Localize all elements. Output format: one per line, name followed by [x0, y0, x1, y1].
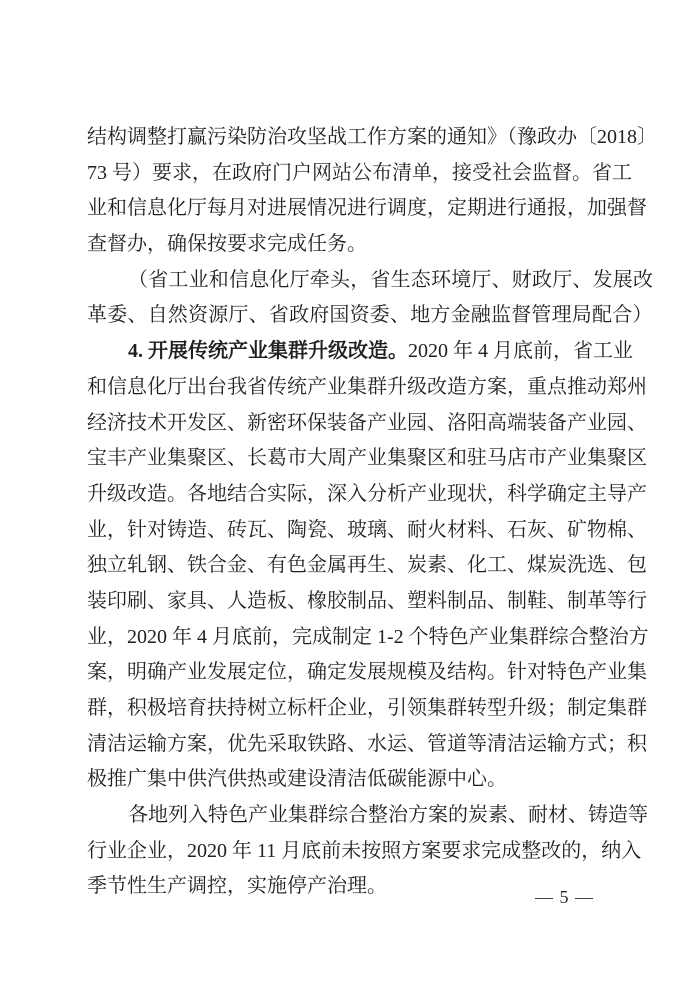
page-number: — 5 — [535, 886, 594, 908]
text-line: 群，积极培育扶持树立标杆企业，引领集群转型升级；制定集群 [87, 691, 618, 727]
text-run: 2020 年 4 月底前，省工业 [408, 340, 633, 362]
document-page: 结构调整打赢污染防治攻坚战工作方案的通知》（豫政办〔2018〕 73 号）要求，… [0, 0, 700, 989]
text-line: 结构调整打赢污染防治攻坚战工作方案的通知》（豫政办〔2018〕 [87, 120, 618, 156]
text-line: 73 号）要求，在政府门户网站公布清单，接受社会监督。省工 [87, 156, 618, 192]
text-line: 案，明确产业发展定位，确定发展规模及结构。针对特色产业集 [87, 655, 618, 691]
text-line: 行业企业，2020 年 11 月底前未按照方案要求完成整改的，纳入 [87, 834, 618, 870]
body-text: 结构调整打赢污染防治攻坚战工作方案的通知》（豫政办〔2018〕 73 号）要求，… [87, 120, 618, 905]
text-line: 经济技术开发区、新密环保装备产业园、洛阳高端装备产业园、 [87, 406, 618, 442]
text-line: 革委、自然资源厅、省政府国资委、地方金融监督管理局配合） [87, 298, 618, 334]
text-line: 宝丰产业集聚区、长葛市大周产业集聚区和驻马店市产业集聚区 [87, 441, 618, 477]
text-line: 查督办，确保按要求完成任务。 [87, 227, 618, 263]
text-line: 装印刷、家具、人造板、橡胶制品、塑料制品、制鞋、制革等行 [87, 584, 618, 620]
text-line: 业，2020 年 4 月底前，完成制定 1-2 个特色产业集群综合整治方 [87, 620, 618, 656]
section-heading: 4. 开展传统产业集群升级改造。 [128, 340, 408, 362]
text-line: 和信息化厅出台我省传统产业集群升级改造方案，重点推动郑州 [87, 370, 618, 406]
text-line: 4. 开展传统产业集群升级改造。2020 年 4 月底前，省工业 [87, 334, 618, 370]
text-line: （省工业和信息化厅牵头，省生态环境厅、财政厅、发展改 [87, 263, 618, 299]
text-line: 清洁运输方案，优先采取铁路、水运、管道等清洁运输方式；积 [87, 727, 618, 763]
paragraph-item-4: 4. 开展传统产业集群升级改造。2020 年 4 月底前，省工业 和信息化厅出台… [87, 334, 618, 798]
text-line: 独立轧钢、铁合金、有色金属再生、炭素、化工、煤炭洗选、包 [87, 548, 618, 584]
text-line: 各地列入特色产业集群综合整治方案的炭素、耐材、铸造等 [87, 798, 618, 834]
text-line: 业，针对铸造、砖瓦、陶瓷、玻璃、耐火材料、石灰、矿物棉、 [87, 513, 618, 549]
paragraph-responsibility-note: （省工业和信息化厅牵头，省生态环境厅、财政厅、发展改 革委、自然资源厅、省政府国… [87, 263, 618, 334]
text-line: 极推广集中供汽供热或建设清洁低碳能源中心。 [87, 762, 618, 798]
text-line: 业和信息化厅每月对进展情况进行调度，定期进行通报，加强督 [87, 191, 618, 227]
paragraph-continuation: 结构调整打赢污染防治攻坚战工作方案的通知》（豫政办〔2018〕 73 号）要求，… [87, 120, 618, 263]
text-line: 升级改造。各地结合实际，深入分析产业现状，科学确定主导产 [87, 477, 618, 513]
